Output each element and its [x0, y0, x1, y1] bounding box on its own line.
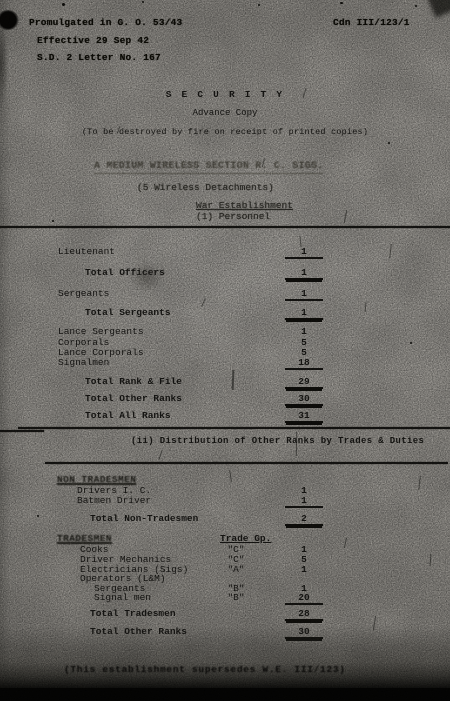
- unit-title: A MEDIUM WIRELESS SECTION R. C. SIGS.: [94, 161, 323, 174]
- reference-number: Cdn III/123/1: [333, 17, 410, 28]
- trade-group: "A": [218, 564, 254, 575]
- dust-speck: [340, 2, 343, 4]
- trade-group: "B": [218, 592, 254, 603]
- rank-label: Total Other Ranks: [85, 393, 182, 404]
- rank-count: 1: [285, 246, 323, 259]
- section-i-label: (1) Personnel: [196, 211, 270, 222]
- trade-count: 28: [285, 608, 323, 621]
- rank-count: 1: [285, 288, 323, 301]
- scratch-mark: [389, 244, 392, 258]
- divider-rule-mid-1b: [0, 430, 44, 432]
- detachments-subtitle: (5 Wireless Detachments): [137, 182, 274, 193]
- dust-speck: [258, 4, 260, 6]
- trade-count: 20: [285, 592, 323, 605]
- trade-count: 1: [285, 564, 323, 575]
- divider-rule-mid-2: [45, 462, 448, 464]
- duty-count: 1: [285, 495, 323, 508]
- rank-label: Signalmen: [58, 357, 109, 368]
- dust-speck: [388, 142, 390, 144]
- trade-group-column-header: Trade Gp.: [220, 533, 271, 544]
- scratch-mark: [344, 538, 347, 548]
- dust-speck: [410, 342, 412, 344]
- rank-count: 18: [285, 357, 323, 370]
- scratch-mark: [299, 236, 301, 247]
- rank-label: Total Rank & File: [85, 376, 182, 387]
- rank-label: Lance Sergeants: [58, 326, 144, 337]
- tradesmen-header: TRADESMEN: [57, 533, 112, 544]
- document-page: Promulgated in G. O. 53/43 Cdn III/123/1…: [0, 0, 450, 701]
- non-tradesmen-header: NON TRADESMEN: [57, 474, 136, 485]
- scratch-mark: [158, 450, 162, 460]
- duty-label: Total Non-Tradesmen: [90, 513, 198, 524]
- rank-label: Lieutenant: [58, 246, 115, 257]
- rank-label: Total Sergeants: [85, 307, 171, 318]
- rank-count: 1: [285, 267, 323, 280]
- security-classification: S E C U R I T Y: [0, 89, 450, 100]
- rank-count: 31: [285, 410, 323, 423]
- war-establishment-label: War Establishment: [196, 200, 293, 211]
- trade-label: Signal men: [94, 592, 151, 603]
- dust-speck: [62, 3, 65, 6]
- rank-count: 29: [285, 376, 323, 389]
- scan-edge-black: [0, 688, 450, 701]
- rank-count: 30: [285, 393, 323, 406]
- duty-count: 2: [285, 513, 323, 526]
- scratch-mark: [232, 370, 234, 390]
- section-ii-heading: (ii) Distribution of Other Ranks by Trad…: [131, 436, 424, 447]
- scratch-mark: [418, 476, 420, 490]
- sd-letter-stamp: S.D. 2 Letter No. 167: [37, 52, 161, 63]
- scratch-mark: [201, 298, 206, 307]
- dust-speck: [415, 5, 417, 7]
- divider-rule-top: [0, 226, 450, 228]
- scratch-mark: [430, 554, 432, 566]
- rank-label: Sergeants: [58, 288, 109, 299]
- promulgated-stamp: Promulgated in G. O. 53/43: [29, 17, 182, 28]
- scratch-mark: [364, 302, 366, 312]
- trade-label: Total Tradesmen: [90, 608, 176, 619]
- rank-count: 1: [285, 326, 323, 337]
- supersedes-note: (This establishment supersedes W.E. III/…: [64, 664, 346, 675]
- dust-speck: [52, 220, 54, 222]
- effective-date-stamp: Effective 29 Sep 42: [37, 35, 149, 46]
- smudge-mark: [128, 262, 164, 292]
- divider-rule-mid-1: [18, 427, 450, 429]
- advance-copy-label: Advance Copy: [0, 108, 450, 118]
- corner-shadow: [427, 0, 450, 18]
- dust-speck: [37, 515, 39, 517]
- crease-line: [296, 432, 297, 456]
- destroy-notice: (To be destroyed by fire on receipt of p…: [0, 127, 450, 137]
- dust-speck: [142, 1, 144, 3]
- rank-count: 1: [285, 307, 323, 320]
- scratch-mark: [229, 470, 232, 482]
- scratch-mark: [344, 210, 347, 223]
- rank-label: Total All Ranks: [85, 410, 171, 421]
- duty-label: Batmen Driver: [77, 495, 151, 506]
